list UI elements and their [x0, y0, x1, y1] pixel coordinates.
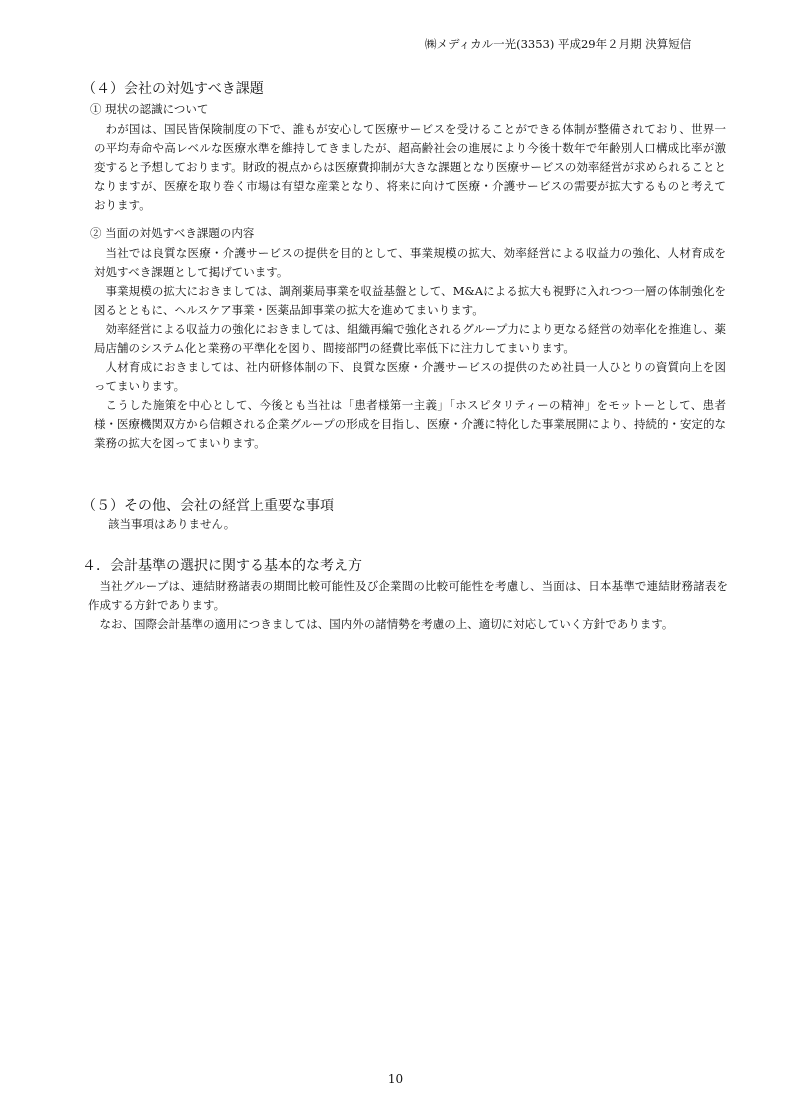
subsection-1-heading: ① 現状の認識について [90, 101, 208, 117]
issues-paragraph-3: 効率経営による収益力の強化におきましては、組織再編で強化されるグループ力により更… [94, 320, 726, 358]
accounting-paragraph-2: なお、国際会計基準の適用につきましては、国内外の諸情勢を考慮の上、適切に対応して… [88, 615, 728, 634]
subsection-2-heading: ② 当面の対処すべき課題の内容 [90, 225, 254, 241]
accounting-paragraph-1: 当社グループは、連結財務諸表の期間比較可能性及び企業間の比較可能性を考慮し、当面… [88, 577, 728, 615]
current-recognition-paragraph: わが国は、国民皆保険制度の下で、誰もが安心して医療サービスを受けることができる体… [94, 120, 726, 215]
page-number: 10 [0, 1072, 791, 1086]
issues-paragraph-5: こうした施策を中心として、今後とも当社は「患者様第一主義」「ホスピタリティーの精… [94, 396, 726, 453]
section-4-heading: （４）会社の対処すべき課題 [82, 78, 264, 98]
issues-paragraph-1: 当社では良質な医療・介護サービスの提供を目的として、事業規模の拡大、効率経営によ… [94, 244, 726, 282]
chapter-4-heading: ４．会計基準の選択に関する基本的な考え方 [82, 555, 362, 575]
section-5-heading: （５）その他、会社の経営上重要な事項 [82, 495, 334, 515]
document-header: ㈱メディカル一光(3353) 平成29年２月期 決算短信 [425, 36, 691, 52]
section-5-body: 該当事項はありません。 [108, 516, 235, 532]
issues-paragraph-2: 事業規模の拡大におきましては、調剤薬局事業を収益基盤として、M&Aによる拡大も視… [94, 282, 726, 320]
issues-paragraph-4: 人材育成におきましては、社内研修体制の下、良質な医療・介護サービスの提供のため社… [94, 358, 726, 396]
